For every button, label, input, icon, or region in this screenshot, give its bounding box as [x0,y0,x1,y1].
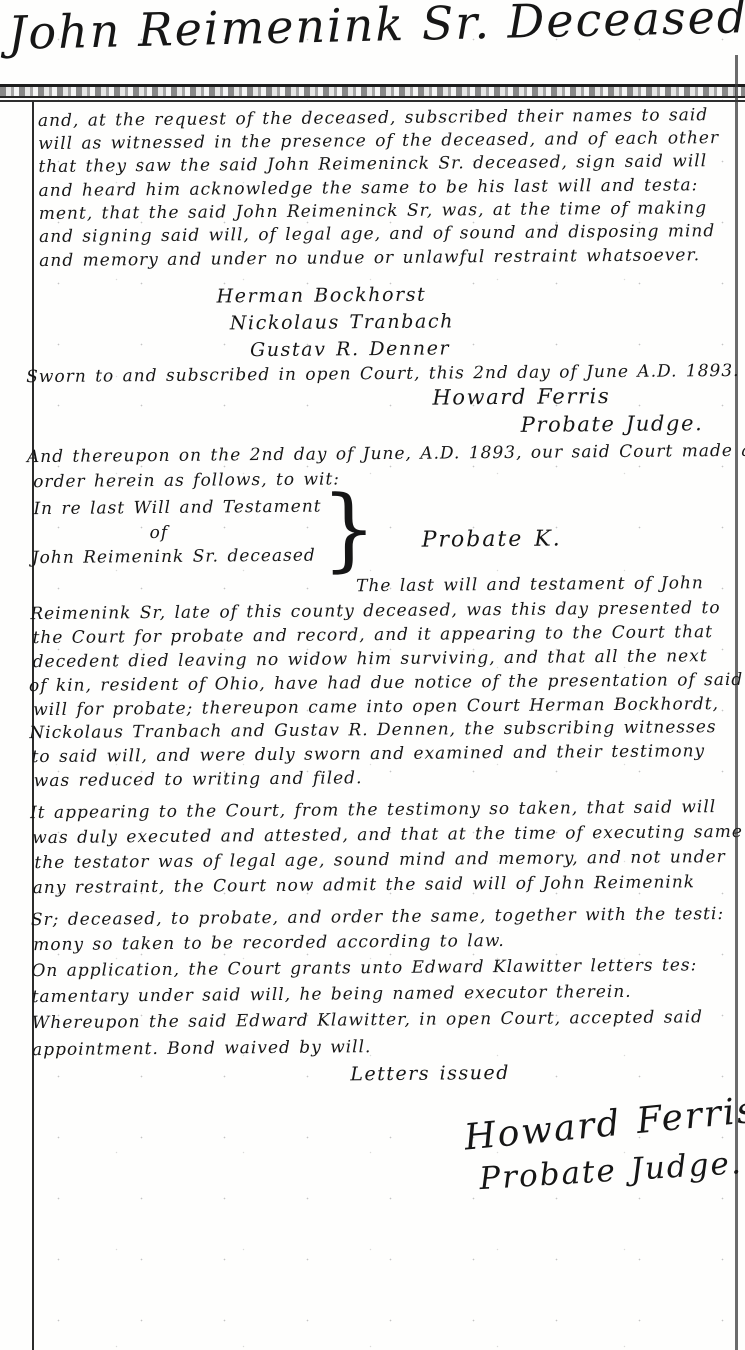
manuscript-line: was duly executed and attested, and that… [32,821,743,849]
manuscript-body: and, at the request of the deceased, sub… [0,0,745,1350]
manuscript-line: and signing said will, of legal age, and… [39,220,715,248]
witness-signature: Herman Bockhorst [216,284,426,308]
manuscript-line: that they saw the said John Reimeninck S… [38,150,707,178]
manuscript-line: decedent died leaving no widow him survi… [33,645,708,673]
manuscript-line: the Court for probate and record, and it… [32,621,713,649]
letters-issued-line: Letters issued [350,1062,510,1085]
manuscript-line: appointment. Bond waived by will. [32,1036,372,1061]
manuscript-line: was reduced to writing and filed. [34,767,363,792]
manuscript-line: And thereupon on the 2nd day of June, A.… [27,440,745,468]
manuscript-line: Sr; deceased, to probate, and order the … [31,903,724,931]
manuscript-line: It appearing to the Court, from the test… [30,796,716,824]
sworn-attestation-line: Sworn to and subscribed in open Court, t… [26,360,740,388]
manuscript-line: Whereupon the said Edward Klawitter, in … [32,1006,703,1034]
manuscript-line: any restraint, the Court now admit the s… [33,871,696,899]
caption-of: of [150,522,169,544]
manuscript-line: mony so taken to be recorded according t… [33,930,505,956]
manuscript-line: tamentary under said will, he being name… [32,981,632,1008]
judge-signature-name: Howard Ferris. [463,1098,745,1149]
manuscript-page: John Reimenink Sr. Deceased. and, at the… [0,0,745,1350]
manuscript-line: The last will and testament of John [356,572,704,597]
witness-signature: Nickolaus Tranbach [230,310,454,334]
manuscript-line: to said will, and were duly sworn and ex… [31,740,705,768]
manuscript-line: and memory and under no undue or unlawfu… [39,244,700,272]
judge-name: Howard Ferris [432,385,610,409]
caption-brace: } [321,487,377,571]
docket-label: Probate K. [422,528,562,551]
manuscript-line: the testator was of legal age, sound min… [34,846,725,874]
judge-signature-title: Probate Judge. [479,1152,743,1190]
manuscript-line: Reimenink Sr, late of this county deceas… [30,597,720,625]
manuscript-line: order herein as follows, to wit: [33,468,340,493]
caption-in-re: In re last Will and Testament [33,496,321,521]
manuscript-line: On application, the Court grants unto Ed… [31,954,697,982]
witness-signature: Gustav R. Denner [250,337,450,361]
judge-title: Probate Judge. [521,412,704,436]
manuscript-line: Nickolaus Tranbach and Gustav R. Dennen,… [29,716,716,744]
caption-party: John Reimenink Sr. deceased [32,545,316,569]
